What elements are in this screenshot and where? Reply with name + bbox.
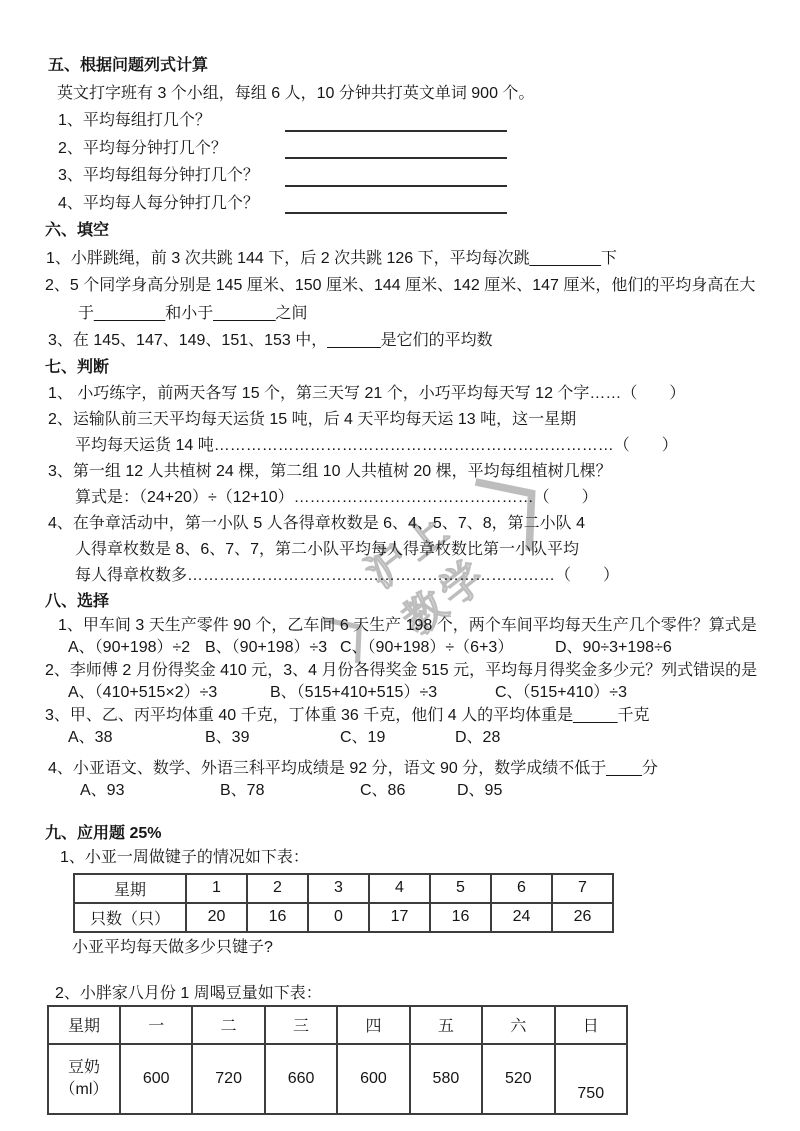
- fill-item: 2、5 个同学身高分别是 145 厘米、150 厘米、144 厘米、142 厘米…: [45, 272, 800, 300]
- judge-item-continuation: 人得章枚数是 8、6、7、7，第二小队平均每人得章枚数比第一小队平均: [75, 537, 800, 563]
- question-label: 4、平均每人每分钟打几个？: [58, 190, 285, 218]
- option-b: B、78: [220, 780, 360, 803]
- option-a: A、（90+198）÷2: [68, 637, 205, 660]
- option-b: B、39: [205, 727, 340, 750]
- fill-item: 1、小胖跳绳，前 3 次共跳 144 下，后 2 次共跳 126 下，平均每次跳…: [46, 245, 800, 273]
- table-header-cell: 1: [186, 874, 247, 903]
- table-label-cell: 只数（只）: [74, 903, 186, 932]
- worksheet-page: 五、根据问题列式计算 英文打字班有 3 个小组，每组 6 人，10 分钟共打英文…: [0, 0, 800, 1131]
- choice-options: A、（90+198）÷2 B、（90+198）÷3 C、（90+198）÷（6+…: [68, 637, 800, 660]
- judge-item: 1、 小巧练字，前两天各写 15 个，第三天写 21 个，小巧平均每天写 12 …: [48, 381, 800, 407]
- question-label: 2、平均每分钟打几个？: [58, 135, 285, 163]
- table-header-cell: 三: [265, 1006, 337, 1044]
- table-value-cell: 600: [120, 1044, 192, 1114]
- judge-item: 4、在争章活动中，第一小队 5 人各得章枚数是 6、4、5、7、8，第二小队 4: [48, 511, 800, 537]
- section-five-intro: 英文打字班有 3 个小组，每组 6 人，10 分钟共打英文单词 900 个。: [57, 80, 800, 108]
- option-d: D、28: [455, 727, 500, 750]
- section-seven-title: 七、判断: [45, 355, 800, 381]
- option-a: A、93: [80, 780, 220, 803]
- question-label: 3、平均每组每分钟打几个？: [58, 162, 285, 190]
- section-nine-title: 九、应用题 25%: [45, 821, 800, 847]
- table-value-cell: 750: [555, 1044, 627, 1114]
- keys-per-week-table: 星期 1 2 3 4 5 6 7 只数（只） 20 16 0 17 16 24 …: [73, 873, 614, 933]
- choice-options: A、38 B、39 C、19 D、28: [68, 727, 800, 750]
- option-c: C、19: [340, 727, 455, 750]
- choice-stem: 4、小亚语文、数学、外语三科平均成绩是 92 分，语文 90 分，数学成绩不低于…: [48, 758, 800, 781]
- table-value-cell: 16: [247, 903, 308, 932]
- judge-item-continuation: 算式是：（24+20）÷（12+10）………………………………………（ ）: [75, 485, 800, 511]
- table-row: 星期 一 二 三 四 五 六 日: [48, 1006, 627, 1044]
- option-c: C、86: [360, 780, 457, 803]
- table-value-cell: 0: [308, 903, 369, 932]
- section-seven: 七、判断 1、 小巧练字，前两天各写 15 个，第三天写 21 个，小巧平均每天…: [0, 355, 800, 589]
- answer-blank: [285, 137, 507, 159]
- table-row: 星期 1 2 3 4 5 6 7: [74, 874, 613, 903]
- table-label-cell: 豆奶 （ml）: [48, 1044, 120, 1114]
- table-header-cell: 3: [308, 874, 369, 903]
- table-header-cell: 四: [337, 1006, 409, 1044]
- option-b: B、（515+410+515）÷3: [270, 682, 495, 705]
- table-header-cell: 7: [552, 874, 613, 903]
- table-header-cell: 六: [482, 1006, 554, 1044]
- section-eight: 八、选择 1、甲车间 3 天生产零件 90 个，乙车间 6 天生产 198 个，…: [0, 589, 800, 803]
- table-header-cell: 5: [430, 874, 491, 903]
- option-d: D、90÷3+198÷6: [555, 637, 672, 660]
- table-header-cell: 星期: [48, 1006, 120, 1044]
- judge-item-continuation: 平均每天运货 14 吨…………………………………………………………………（ ）: [75, 433, 800, 459]
- problem-question: 小亚平均每天做多少只键子?: [72, 937, 800, 959]
- problem-caption: 2、小胖家八月份 1 周喝豆量如下表：: [55, 983, 800, 1005]
- problem-caption: 1、小亚一周做键子的情况如下表：: [60, 847, 800, 869]
- section-five-title: 五、根据问题列式计算: [48, 52, 800, 80]
- question-row: 1、平均每组打几个？: [58, 107, 800, 135]
- table-header-cell: 6: [491, 874, 552, 903]
- table-row: 只数（只） 20 16 0 17 16 24 26: [74, 903, 613, 932]
- table-header-cell: 日: [555, 1006, 627, 1044]
- section-six-title: 六、填空: [45, 217, 800, 245]
- soymilk-per-week-table: 星期 一 二 三 四 五 六 日 豆奶 （ml） 600 720 660 600…: [47, 1005, 628, 1115]
- option-c: C、（515+410）÷3: [495, 682, 627, 705]
- table-header-cell: 4: [369, 874, 430, 903]
- table-value-cell: 20: [186, 903, 247, 932]
- question-row: 4、平均每人每分钟打几个？: [58, 190, 800, 218]
- table-value-cell: 660: [265, 1044, 337, 1114]
- choice-stem: 1、甲车间 3 天生产零件 90 个，乙车间 6 天生产 198 个，两个车间平…: [58, 615, 800, 638]
- section-eight-title: 八、选择: [45, 589, 800, 615]
- fill-item-continuation: 于________和小于_______之间: [78, 300, 800, 328]
- question-row: 3、平均每组每分钟打几个？: [58, 162, 800, 190]
- table-value-cell: 520: [482, 1044, 554, 1114]
- table-header-cell: 星期: [74, 874, 186, 903]
- table-header-cell: 一: [120, 1006, 192, 1044]
- table-value-cell: 720: [192, 1044, 264, 1114]
- table-value-cell: 26: [552, 903, 613, 932]
- choice-options: A、93 B、78 C、86 D、95: [80, 780, 800, 803]
- table-header-cell: 五: [410, 1006, 482, 1044]
- table-value-cell: 600: [337, 1044, 409, 1114]
- question-row: 2、平均每分钟打几个？: [58, 135, 800, 163]
- table-header-cell: 二: [192, 1006, 264, 1044]
- answer-blank: [285, 165, 507, 187]
- table-value-cell: 580: [410, 1044, 482, 1114]
- option-b: B、（90+198）÷3: [205, 637, 340, 660]
- table-header-cell: 2: [247, 874, 308, 903]
- option-a: A、（410+515×2）÷3: [68, 682, 270, 705]
- option-c: C、（90+198）÷（6+3）: [340, 637, 555, 660]
- section-six: 六、填空 1、小胖跳绳，前 3 次共跳 144 下，后 2 次共跳 126 下，…: [0, 217, 800, 355]
- section-five: 五、根据问题列式计算 英文打字班有 3 个小组，每组 6 人，10 分钟共打英文…: [0, 52, 800, 217]
- answer-blank: [285, 110, 507, 132]
- judge-item-continuation: 每人得章枚数多……………………………………………………………（ ）: [75, 563, 800, 589]
- choice-options: A、（410+515×2）÷3 B、（515+410+515）÷3 C、（515…: [68, 682, 800, 705]
- judge-item: 2、运输队前三天平均每天运货 15 吨，后 4 天平均每天运 13 吨，这一星期: [48, 407, 800, 433]
- fill-item: 3、在 145、147、149、151、153 中，______是它们的平均数: [48, 327, 800, 355]
- section-nine: 九、应用题 25% 1、小亚一周做键子的情况如下表： 星期 1 2 3 4 5 …: [0, 821, 800, 1115]
- table-row: 豆奶 （ml） 600 720 660 600 580 520 750: [48, 1044, 627, 1114]
- answer-blank: [285, 192, 507, 214]
- table-value-cell: 24: [491, 903, 552, 932]
- judge-item: 3、第一组 12 人共植树 24 棵，第二组 10 人共植树 20 棵，平均每组…: [48, 459, 800, 485]
- table-value-cell: 16: [430, 903, 491, 932]
- choice-stem: 3、甲、乙、丙平均体重 40 千克，丁体重 36 千克，他们 4 人的平均体重是…: [45, 705, 800, 728]
- table-value-cell: 17: [369, 903, 430, 932]
- option-d: D、95: [457, 780, 502, 803]
- option-a: A、38: [68, 727, 205, 750]
- question-label: 1、平均每组打几个？: [58, 107, 285, 135]
- choice-stem: 2、李师傅 2 月份得奖金 410 元，3、4 月份各得奖金 515 元，平均每…: [45, 660, 800, 683]
